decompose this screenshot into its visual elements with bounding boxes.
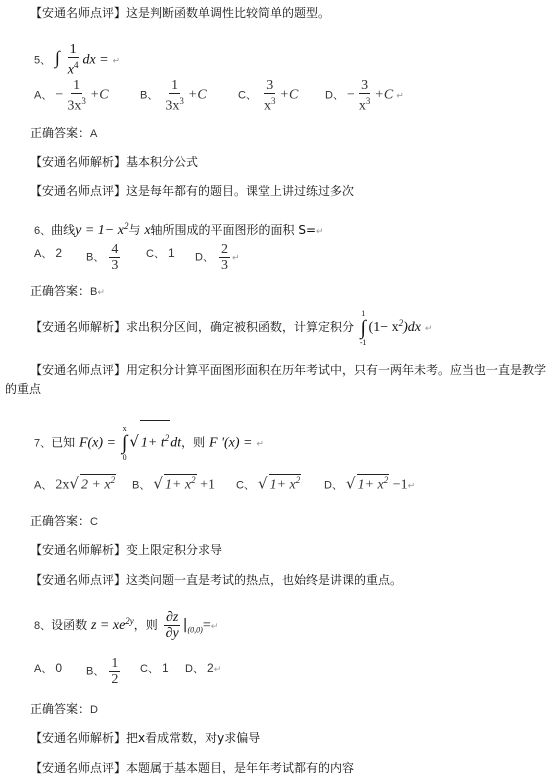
question-5-option-c: C、 3x3+C (238, 78, 298, 114)
question-8-option-c: C、 1 (140, 660, 169, 676)
question-number: 5、 (34, 54, 51, 66)
question-7-option-b: B、 √1+ x2 +1 (132, 474, 215, 494)
integral-sign: ∫ (55, 47, 60, 67)
question-7-option-a: A、 2x√2 + x2 (34, 474, 116, 494)
comment-text: 这是判断函数单调性比较简单的题型。 (126, 6, 330, 20)
question-6-option-d: D、 23↵ (195, 242, 240, 273)
question-6-option-a: A、 2 (34, 245, 62, 261)
question-7-analysis: 【安通名师解析】变上限定积分求导 (30, 542, 222, 558)
question-8-option-b: B、 12 (86, 656, 122, 687)
question-8-option-d: D、 2↵ (185, 660, 221, 676)
answer-value: A (90, 128, 97, 140)
question-5-option-a: A、 −13x3+C (34, 78, 109, 114)
top-comment: 【安通名师点评】这是判断函数单调性比较简单的题型。 (30, 5, 330, 21)
question-6-option-c: C、 1 (146, 245, 175, 261)
definite-integral: x∫0 (122, 424, 127, 462)
question-5-answer: 正确答案：A (30, 125, 97, 142)
question-5-option-d: D、 −3x3+C ↵ (325, 78, 404, 114)
question-6-comment-wrap: 的重点 (5, 381, 41, 397)
question-8-comment: 【安通名师点评】本题属于基本题目，是年年考试都有的内容 (30, 760, 354, 774)
question-8-option-a: A、 0 (34, 660, 62, 676)
comment-label: 【安通名师点评】 (30, 6, 126, 20)
question-7-answer: 正确答案：C (30, 513, 98, 530)
question-5-option-b: B、 13x3+C (140, 78, 207, 114)
question-7-option-d: D、 √1+ x2 −1↵ (324, 474, 415, 494)
question-6-analysis: 【安通名师解析】求出积分区间，确定被积函数，计算定积分 1∫-1(1− x2)d… (30, 306, 432, 347)
question-5-stem: 5、 ∫ 1x4dx = ↵ (34, 42, 120, 78)
question-6-stem: 6、曲线y = 1− x2与 x轴所围成的平面图形的面积 S=↵ (34, 218, 324, 240)
question-7-option-c: C、 √1+ x2 (236, 474, 301, 494)
question-6-comment: 【安通名师点评】用定积分计算平面图形面积在历年考试中，只有一两年未考。应当也一直… (30, 362, 546, 378)
question-6-answer: 正确答案：B↵ (30, 283, 105, 301)
question-6-option-b: B、 43 (86, 242, 122, 273)
question-5-analysis: 【安通名师解析】基本积分公式 (30, 154, 198, 170)
question-7-stem: 7、已知 F(x) = x∫0√1+ t2dt，则 F '(x) = ↵ (34, 420, 264, 462)
question-8-answer: 正确答案：D (30, 701, 98, 718)
question-8-stem: 8、设函数 z = xe2y，则 ∂z∂y|(0,0)=↵ (34, 603, 218, 648)
fraction: 1x4 (66, 42, 81, 78)
definite-integral: 1∫-1 (360, 309, 367, 347)
question-5-comment: 【安通名师点评】这是每年都有的题目。课堂上讲过练过多次 (30, 183, 354, 199)
question-8-analysis: 【安通名师解析】把x看成常数，对y求偏导 (30, 730, 260, 746)
question-7-comment: 【安通名师点评】这类问题一直是考试的热点，也始终是讲课的重点。 (30, 572, 402, 588)
